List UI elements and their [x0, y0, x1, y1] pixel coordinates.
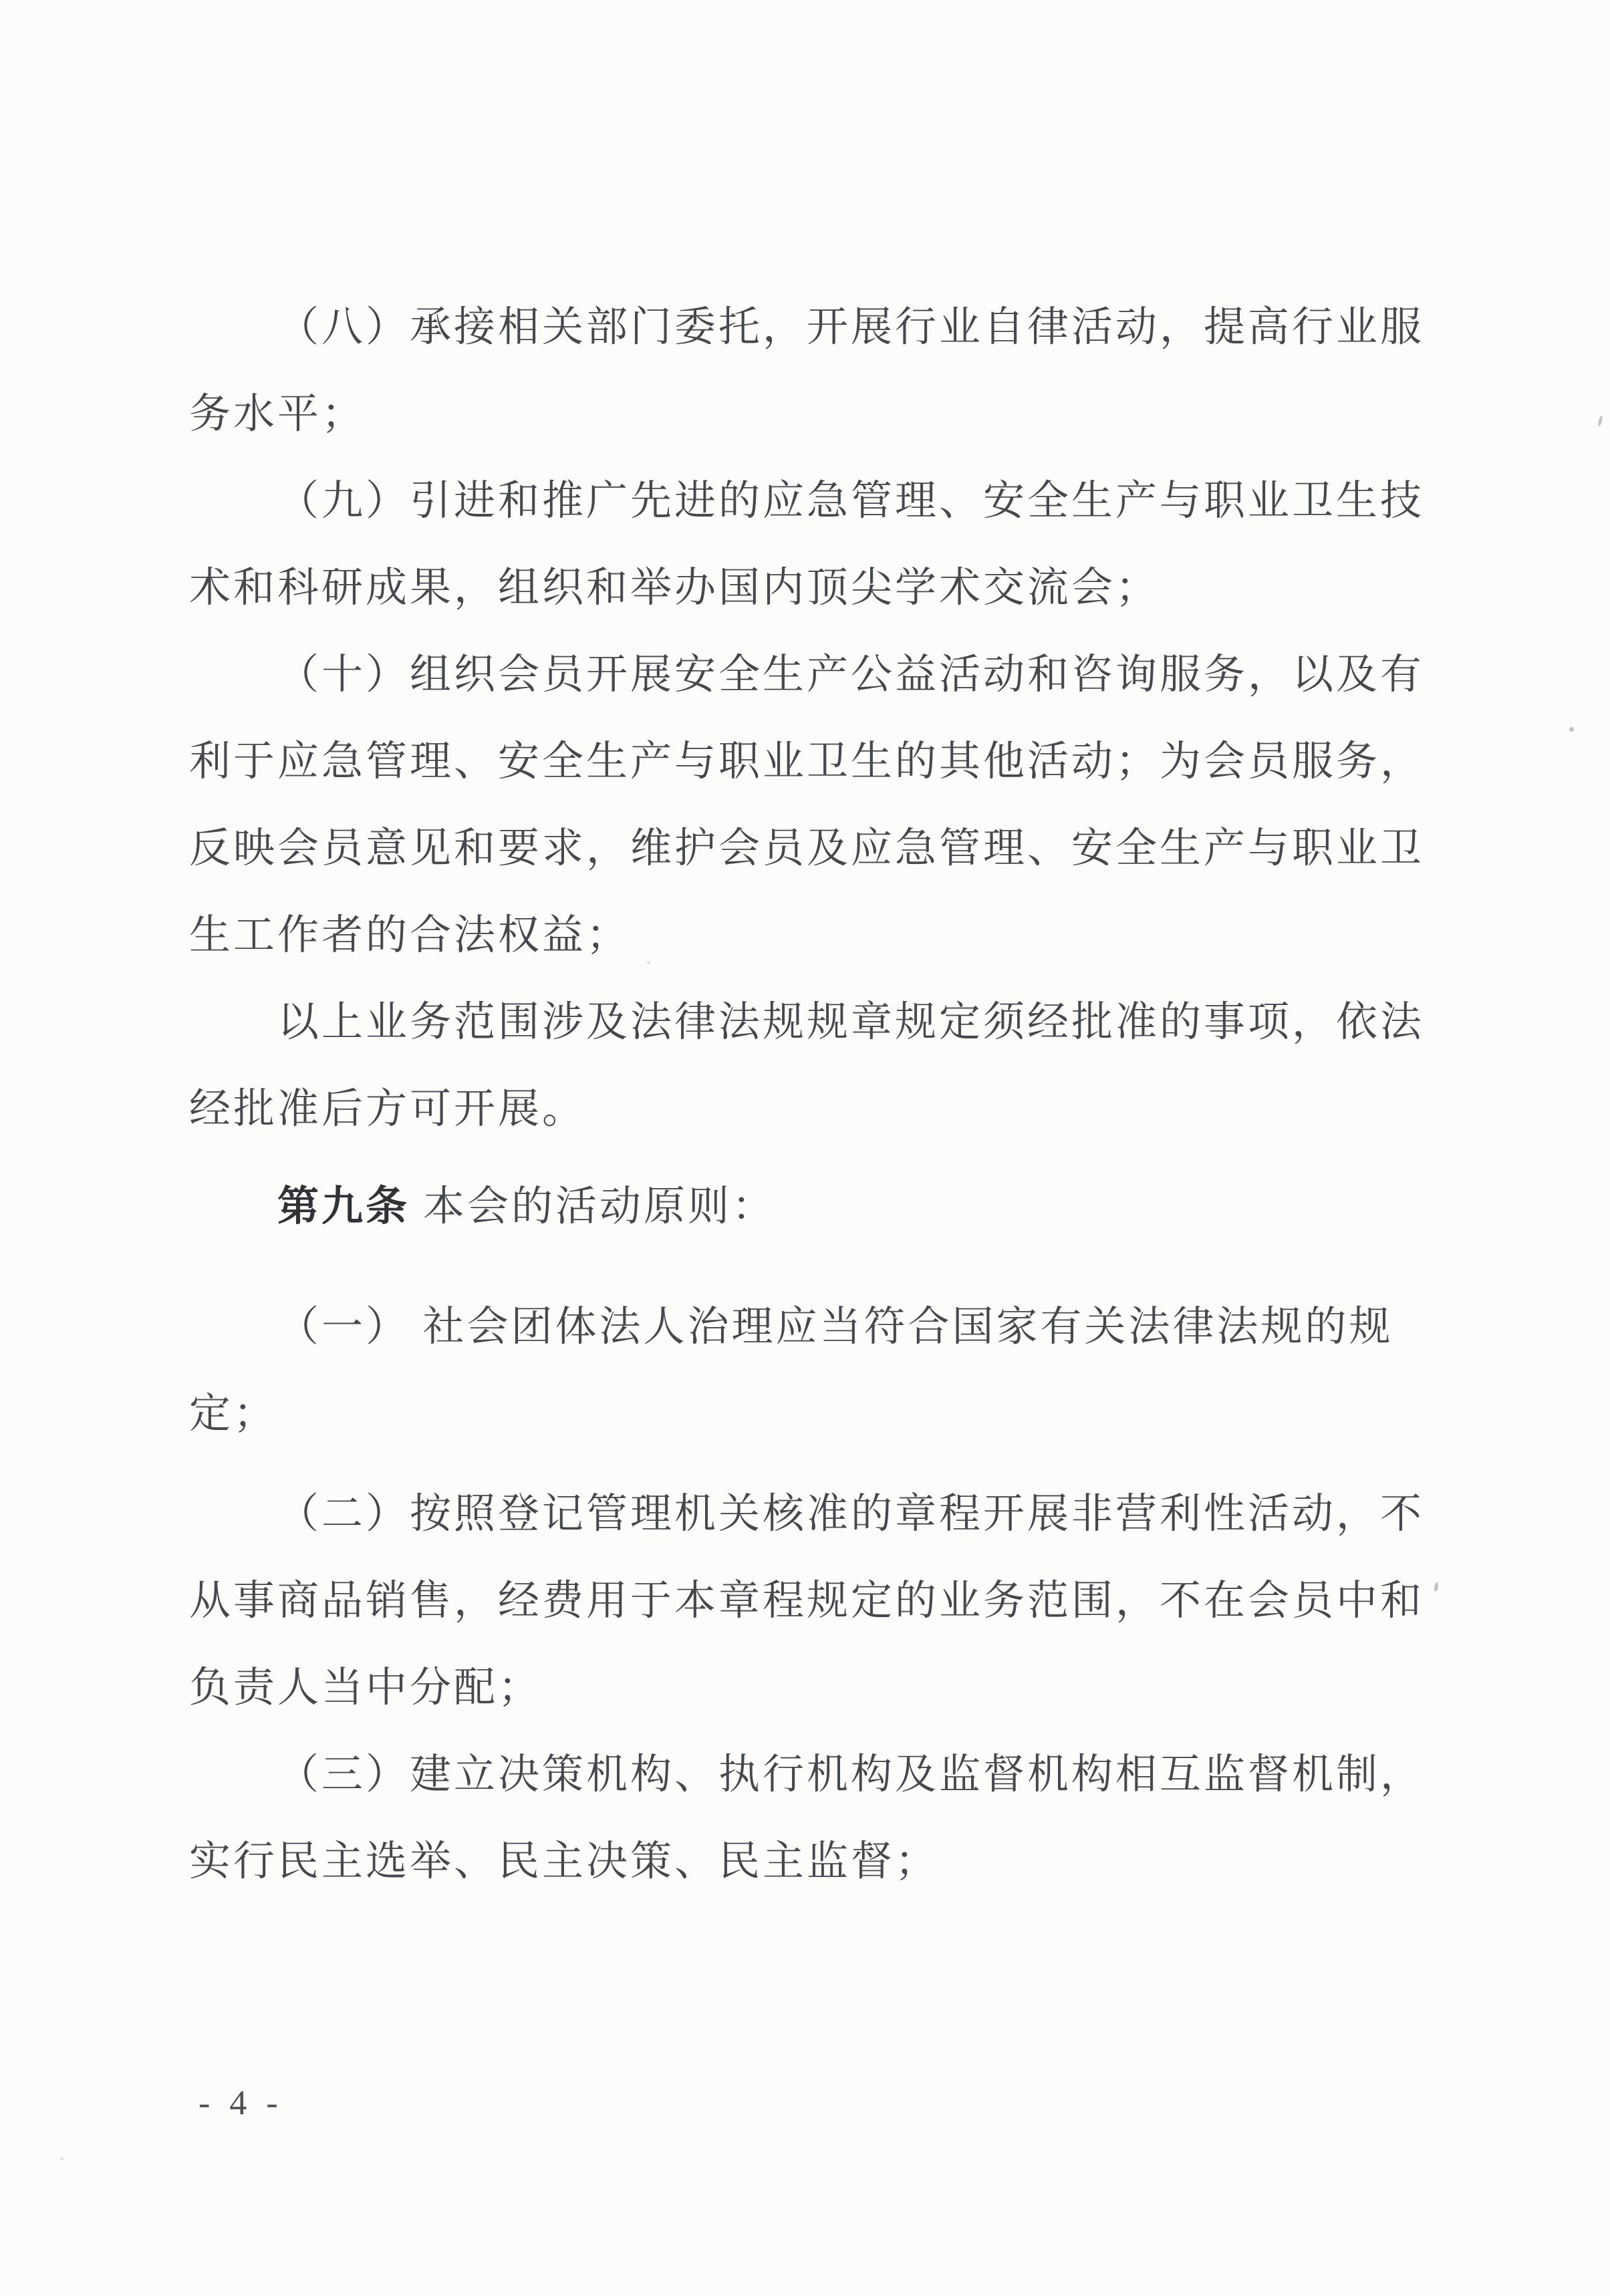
body-paragraph: （三）建立决策机构、执行机构及监督机构相互监督机制，实行民主选举、民主决策、民主… — [189, 1731, 1439, 1905]
article-title: 本会的活动原则： — [423, 1184, 776, 1230]
text-line: 从事商品销售，经费用于本章程规定的业务范围，不在会员中和 — [189, 1558, 1439, 1644]
page-number: - 4 - — [198, 2084, 283, 2124]
text-line: 利于应急管理、安全生产与职业卫生的其他活动；为会员服务， — [189, 718, 1439, 805]
text-line: 术和科研成果，组织和举办国内顶尖学术交流会； — [189, 545, 1439, 631]
document-body: （八）承接相关部门委托，开展行业自律活动，提高行业服务水平；（九）引进和推广先进… — [189, 284, 1439, 1905]
text-line: 经批准后方可开展。 — [189, 1066, 1439, 1153]
body-paragraph: 以上业务范围涉及法律法规规章规定须经批准的事项，依法经批准后方可开展。 — [189, 979, 1439, 1153]
body-paragraph: （一） 社会团体法人治理应当符合国家有关法律法规的规定； — [189, 1284, 1439, 1457]
text-line: 实行民主选举、民主决策、民主监督； — [189, 1818, 1439, 1905]
scan-speck — [60, 2157, 63, 2160]
body-paragraph: （九）引进和推广先进的应急管理、安全生产与职业卫生技术和科研成果，组织和举办国内… — [189, 458, 1439, 631]
text-line: 反映会员意见和要求，维护会员及应急管理、安全生产与职业卫 — [189, 805, 1439, 892]
article-heading-paragraph: 第九条本会的活动原则： — [189, 1163, 1439, 1250]
text-line: （十）组织会员开展安全生产公益活动和咨询服务，以及有 — [189, 631, 1439, 718]
text-line: （一） 社会团体法人治理应当符合国家有关法律法规的规 — [189, 1284, 1439, 1371]
body-paragraph: （八）承接相关部门委托，开展行业自律活动，提高行业服务水平； — [189, 284, 1439, 458]
body-paragraph: （十）组织会员开展安全生产公益活动和咨询服务，以及有利于应急管理、安全生产与职业… — [189, 631, 1439, 979]
article-number: 第九条 — [277, 1183, 410, 1230]
scan-speck — [1569, 727, 1574, 732]
heading-line: 第九条本会的活动原则： — [189, 1163, 1439, 1250]
text-line: （八）承接相关部门委托，开展行业自律活动，提高行业服 — [189, 284, 1439, 371]
text-line: （二）按照登记管理机关核准的章程开展非营利性活动，不 — [189, 1471, 1439, 1558]
text-line: 定； — [189, 1371, 1439, 1457]
text-line: （三）建立决策机构、执行机构及监督机构相互监督机制， — [189, 1731, 1439, 1818]
text-line: （九）引进和推广先进的应急管理、安全生产与职业卫生技 — [189, 458, 1439, 545]
text-line: 务水平； — [189, 371, 1439, 458]
scan-speck — [647, 961, 650, 964]
scan-speck — [1597, 416, 1603, 427]
scanned-document-page: （八）承接相关部门委托，开展行业自律活动，提高行业服务水平；（九）引进和推广先进… — [0, 0, 1610, 2296]
text-line: 以上业务范围涉及法律法规规章规定须经批准的事项，依法 — [189, 979, 1439, 1066]
text-line: 生工作者的合法权益； — [189, 892, 1439, 979]
body-paragraph: （二）按照登记管理机关核准的章程开展非营利性活动，不从事商品销售，经费用于本章程… — [189, 1471, 1439, 1731]
text-line: 负责人当中分配； — [189, 1644, 1439, 1731]
